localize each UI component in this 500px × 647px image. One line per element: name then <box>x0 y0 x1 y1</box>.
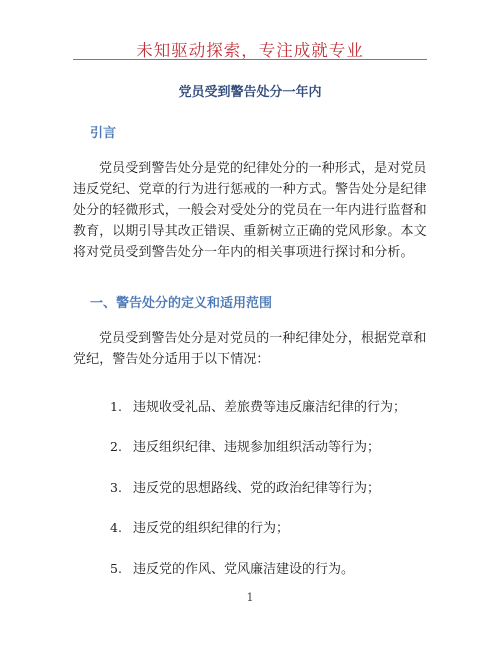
list-text: 违反组织纪律、违规参加组织活动等行为； <box>133 440 380 455</box>
list-number: 1. <box>110 399 133 414</box>
list-number: 5. <box>110 561 133 576</box>
header-slogan: 未知驱动探索，专注成就专业 <box>0 37 500 61</box>
section-heading-introduction: 引言 <box>90 122 116 141</box>
list-text: 违反党的思想路线、党的政治纪律等行为； <box>133 481 380 496</box>
section-heading-definition: 一、警告处分的定义和适用范围 <box>90 292 272 311</box>
list-item: 2.违反组织纪律、违规参加组织活动等行为； <box>110 436 380 455</box>
intro-paragraph: 党员受到警告处分是党的纪律处分的一种形式，是对党员违反党纪、党章的行为进行惩戒的… <box>73 158 433 263</box>
list-item: 4.违反党的组织纪律的行为； <box>110 517 289 536</box>
definition-paragraph: 党员受到警告处分是对党员的一种纪律处分，根据党章和党纪，警告处分适用于以下情况： <box>73 328 433 370</box>
header-divider <box>73 59 427 60</box>
list-text: 违反党的作风、党风廉洁建设的行为。 <box>133 562 354 577</box>
list-text: 违反党的组织纪律的行为； <box>133 521 289 536</box>
page-number: 1 <box>0 591 500 604</box>
document-title: 党员受到警告处分一年内 <box>0 81 500 100</box>
list-number: 3. <box>110 480 133 495</box>
list-item: 5.违反党的作风、党风廉洁建设的行为。 <box>110 558 354 577</box>
list-number: 4. <box>110 520 133 535</box>
list-number: 2. <box>110 439 133 454</box>
list-item: 1.违规收受礼品、差旅费等违反廉洁纪律的行为； <box>110 396 406 415</box>
list-item: 3.违反党的思想路线、党的政治纪律等行为； <box>110 477 380 496</box>
list-text: 违规收受礼品、差旅费等违反廉洁纪律的行为； <box>133 400 406 415</box>
